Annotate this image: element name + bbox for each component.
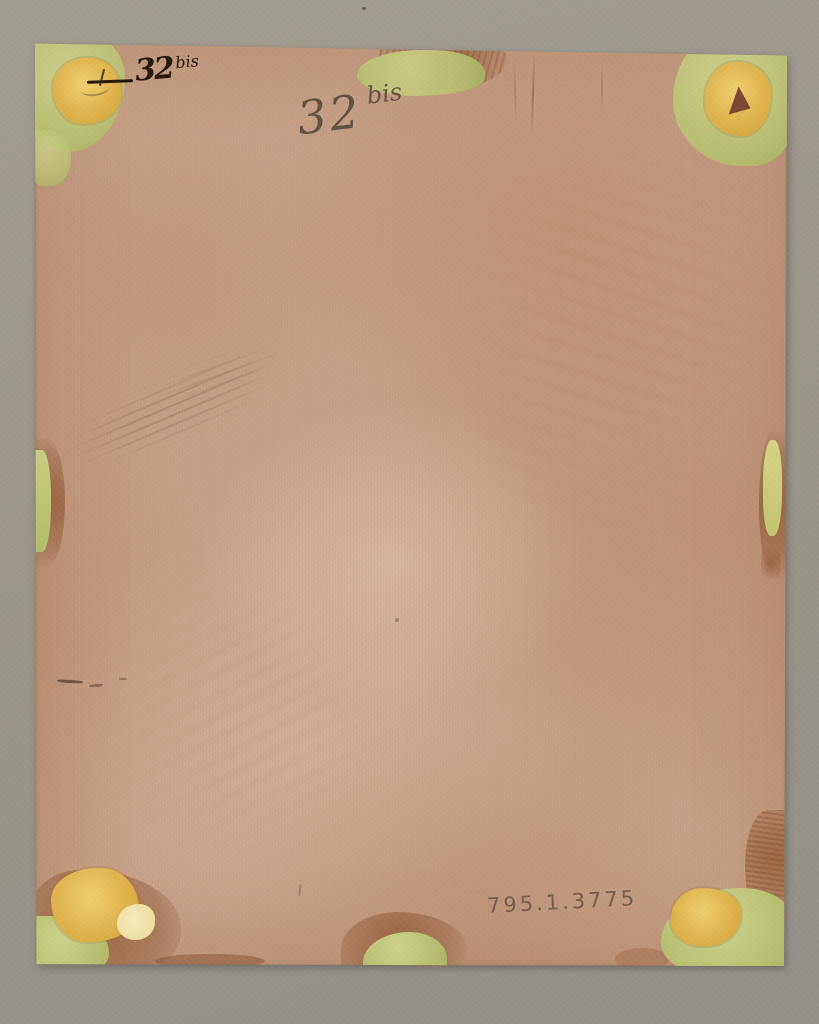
- graphite-speck: [57, 679, 83, 684]
- graphite-speck: [395, 618, 399, 622]
- artwork-verso-sheet: 32bis 32bis 795.1.3775: [35, 38, 787, 966]
- graphite-speck: [89, 683, 103, 687]
- stain-smear-bottom-right: [615, 948, 669, 970]
- graphite-speck: [119, 678, 127, 680]
- foxing-stain-lower-left: [37, 506, 452, 929]
- stain-streak-bottom-left: [155, 954, 265, 968]
- paper-loss-bottom-left: [117, 904, 155, 940]
- stain-tail-right-edge: [761, 540, 781, 586]
- pencil-inscription-suffix: bis: [365, 78, 404, 110]
- accession-number: 795.1.3775: [486, 886, 637, 918]
- adhesive-residue-right-edge: [763, 440, 782, 536]
- pencil-inscription-number: 32: [294, 84, 365, 145]
- artwork-verso-sheet-wrap: 32bis 32bis 795.1.3775: [35, 38, 787, 966]
- scratch-mark: [531, 52, 536, 136]
- scratch-mark: [601, 64, 603, 110]
- adhesive-residue-top-left-lobe: [27, 130, 71, 186]
- ink-inscription: 32bis: [134, 48, 201, 88]
- glue-spot-top-right: [705, 62, 771, 136]
- mat-speck: [362, 7, 366, 10]
- ink-inscription-number: 32: [134, 51, 175, 89]
- graphite-speck: [298, 884, 301, 896]
- scratch-mark: [513, 60, 517, 120]
- photo-mat-background: 32bis 32bis 795.1.3775: [0, 0, 819, 1024]
- ink-inscription-suffix: bis: [174, 51, 199, 72]
- adhesive-residue-left-edge: [31, 450, 51, 552]
- pencil-inscription: 32bis: [294, 78, 407, 146]
